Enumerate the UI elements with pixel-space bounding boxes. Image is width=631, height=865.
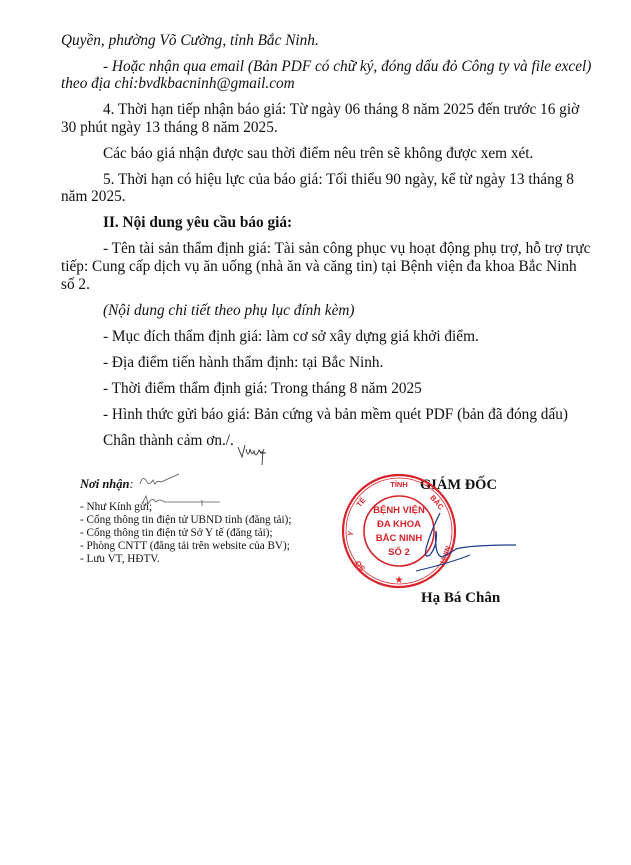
section2-heading: II. Nội dung yêu cầu báo giá: (103, 215, 292, 230)
initial-signature-icon (236, 441, 272, 467)
appendix-note: (Nội dung chi tiết theo phụ lục đính kèm… (103, 303, 355, 318)
recipient-item: - Lưu VT, HĐTV. (80, 554, 160, 565)
location-line: - Địa điểm tiến hành thẩm định: tại Bắc … (103, 355, 383, 370)
stamp-ring-text: TỈNH (390, 480, 408, 489)
late-quote-note: Các báo giá nhận được sau thời điểm nêu … (103, 146, 533, 161)
recipient-initial-icon (137, 470, 182, 490)
recipient-item: - Phòng CNTT (đăng tải trên website của … (80, 541, 290, 552)
stamp-ring-text: Y (346, 530, 356, 537)
item5-line2: năm 2025. (61, 189, 126, 204)
recipient-signature-icon (140, 492, 225, 510)
recipients-colon: : (129, 477, 133, 491)
asset-name-line3: số 2. (61, 277, 90, 292)
recipients-label-text: Nơi nhận (80, 477, 129, 491)
thanks-line: Chân thành cảm ơn./. (103, 433, 234, 448)
director-signature-icon (410, 505, 520, 575)
stamp-ring-text: TẾ (354, 495, 368, 509)
email-instruction-line1: - Hoặc nhận qua email (Bản PDF có chữ ký… (103, 59, 591, 74)
stamp-center-line: SỐ 2 (388, 546, 410, 558)
asset-name-line2: tiếp: Cung cấp dịch vụ ăn uống (nhà ăn v… (61, 259, 577, 274)
recipient-item: - Cổng thông tin điện tử UBND tỉnh (đăng… (80, 515, 291, 526)
item5-line1: 5. Thời hạn có hiệu lực của báo giá: Tối… (103, 172, 574, 187)
item4-line1: 4. Thời hạn tiếp nhận báo giá: Từ ngày 0… (103, 102, 579, 117)
purpose-line: - Mục đích thẩm định giá: làm cơ sở xây … (103, 329, 479, 344)
recipients-label: Nơi nhận: (80, 478, 134, 491)
email-instruction-line2: theo địa chỉ:bvdkbacninh@gmail.com (61, 76, 295, 91)
director-name: Hạ Bá Chân (421, 591, 500, 606)
recipient-item: - Cổng thông tin điện tử Sở Y tế (đăng t… (80, 528, 273, 539)
item4-line2: 30 phút ngày 13 tháng 8 năm 2025. (61, 120, 278, 135)
address-end-line: Quyền, phường Võ Cường, tỉnh Bắc Ninh. (61, 33, 319, 48)
asset-name-line1: - Tên tài sản thẩm định giá: Tài sản côn… (103, 241, 590, 256)
stamp-star-icon: ★ (395, 575, 404, 586)
time-line: - Thời điểm thẩm định giá: Trong tháng 8… (103, 381, 422, 396)
submission-form-line: - Hình thức gửi báo giá: Bản cứng và bản… (103, 407, 568, 422)
